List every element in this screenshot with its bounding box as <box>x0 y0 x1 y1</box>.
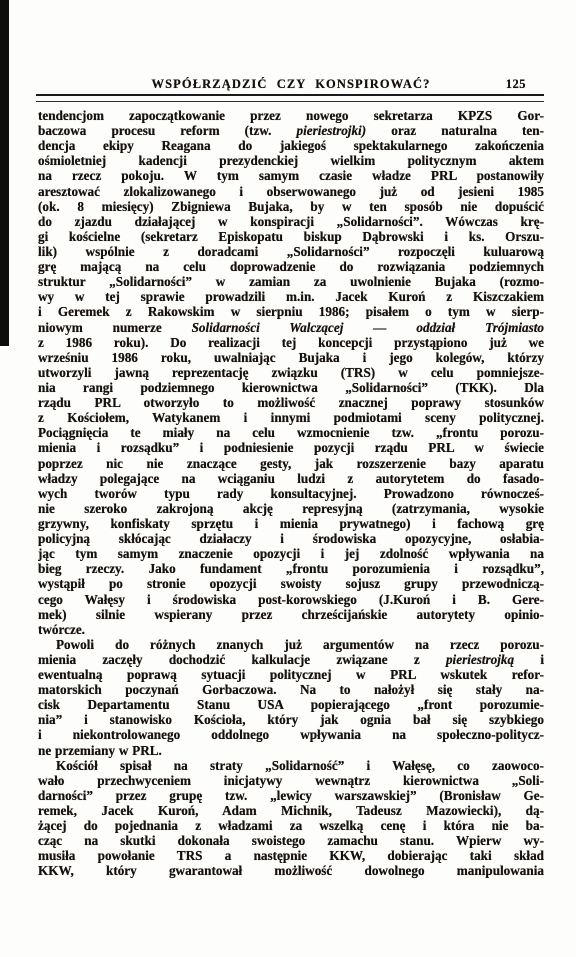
text-segment: mek) silnie wspierany przez chrześcijańs… <box>38 607 544 622</box>
text-line: darności” przez grupę tzw. „lewicy warsz… <box>38 788 544 803</box>
text-segment: baczowa procesu reform (tzw. <box>38 123 297 138</box>
text-line: cisk Departamentu Stanu USA popierająceg… <box>38 697 544 712</box>
text-line: ne przemiany w PRL. <box>38 743 544 758</box>
text-line: musiła powołanie TRS a następnie KKW, do… <box>38 848 544 863</box>
text-segment: nia” i stanowisko Kościoła, który jak og… <box>38 712 544 727</box>
text-line: wy w tej sprawie prowadzili m.in. Jacek … <box>38 289 544 304</box>
text-segment: utworzyli jawną reprezentację związku (T… <box>38 365 544 380</box>
text-line: tendencjom zapoczątkowanie przez nowego … <box>38 108 544 123</box>
text-segment: cisk Departamentu Stanu USA popierająceg… <box>38 697 544 712</box>
text-segment: Pociągnięcia te miały na celu wzmocnieni… <box>38 425 544 440</box>
text-segment: tendencjom zapoczątkowanie przez nowego … <box>38 108 544 123</box>
text-line: wystąpił po stronie opozycji swoisty soj… <box>38 576 544 591</box>
text-segment: ne przemiany w PRL. <box>38 743 162 758</box>
text-line: bieg rzeczy. Jako fundament „frontu poro… <box>38 561 544 576</box>
text-line: z Kościołem, Watykanem i innymi podmiota… <box>38 410 544 425</box>
text-segment: jąc tym samym znaczenie opozycji i jej z… <box>38 546 544 561</box>
text-line: mek) silnie wspierany przez chrześcijańs… <box>38 607 544 622</box>
text-line: (ok. 8 miesięcy) Zbigniewa Bujaka, by w … <box>38 199 544 214</box>
running-header: WSPÓŁRZĄDZIĆ CZY KONSPIROWAĆ? 125 <box>38 76 544 92</box>
text-line: cego Wałęsy i środowiska post-korowskieg… <box>38 592 544 607</box>
text-segment: Kościół spisał na straty „Solidarność” i… <box>56 758 544 773</box>
text-line: policyjną skłócając działaczy i środowis… <box>38 531 544 546</box>
text-segment: twórcze. <box>38 622 85 637</box>
text-line: jąc tym samym znaczenie opozycji i jej z… <box>38 546 544 561</box>
chapter-title: WSPÓŁRZĄDZIĆ CZY KONSPIROWAĆ? <box>38 76 544 92</box>
text-line: aresztować zlokalizowanego i obserwowane… <box>38 184 544 199</box>
text-line: Powoli do różnych znanych już argumentów… <box>38 637 544 652</box>
text-segment: i niekontrolowanego oddolnego wpływania … <box>38 727 544 742</box>
header-double-rule <box>36 94 544 102</box>
text-line: rządu PRL otworzyło to możliwość znaczne… <box>38 395 544 410</box>
text-line: nie szeroko zakrojoną akcję represyjną (… <box>38 501 544 516</box>
text-segment: grę mającą na celu doprowadzenie do rozw… <box>38 259 544 274</box>
text-segment: żącej do pojednania z władzami za wszelk… <box>38 818 544 833</box>
text-segment: władzy polegające na wciąganiu ludzi z a… <box>38 471 544 486</box>
text-line: wrześniu 1986 roku, uwalniając Bujaka i … <box>38 350 544 365</box>
text-segment: rządu PRL otworzyło to możliwość znaczne… <box>38 395 544 410</box>
text-line: z 1986 roku). Do realizacji tej koncepcj… <box>38 335 544 350</box>
text-segment: KKW, który gwarantował możliwość dowolne… <box>38 863 544 878</box>
text-segment: z Kościołem, Watykanem i innymi podmiota… <box>38 410 544 425</box>
text-segment: remek, Jacek Kuroń, Adam Michnik, Tadeus… <box>38 803 544 818</box>
text-segment: (ok. 8 miesięcy) Zbigniewa Bujaka, by w … <box>38 199 544 214</box>
text-line: utworzyli jawną reprezentację związku (T… <box>38 365 544 380</box>
text-segment: matorskich poczynań Gorbaczowa. Na to na… <box>38 682 544 697</box>
text-segment: darności” przez grupę tzw. „lewicy warsz… <box>38 788 544 803</box>
text-segment: wych tworów typu rady konsultacyjnej. Pr… <box>38 486 544 501</box>
text-line: mienia i rozsądku” i podniesienie pozycj… <box>38 440 544 455</box>
text-line: mienia zaczęły dochodzić kalkulacje zwią… <box>38 652 544 667</box>
text-line: gi kościelne (sekretarz Episkopatu bisku… <box>38 229 544 244</box>
text-segment: gi kościelne (sekretarz Episkopatu bisku… <box>38 229 544 244</box>
text-segment: bieg rzeczy. Jako fundament „frontu poro… <box>38 561 544 576</box>
text-line: lik) wspólnie z doradcami „Solidarności”… <box>38 244 544 259</box>
text-line: ewentualną poprawą sytuacji politycznej … <box>38 667 544 682</box>
text-line: Kościół spisał na straty „Solidarność” i… <box>38 758 544 773</box>
text-segment: wało przechwyceniem inicjatywy wewnątrz … <box>38 773 544 788</box>
text-segment: i <box>514 652 544 667</box>
text-line: Pociągnięcia te miały na celu wzmocnieni… <box>38 425 544 440</box>
page-number: 125 <box>506 76 526 92</box>
text-line: KKW, który gwarantował możliwość dowolne… <box>38 863 544 878</box>
text-line: na rzecz pokoju. W tym samym czasie wład… <box>38 168 544 183</box>
text-segment: oraz naturalna ten- <box>366 123 544 138</box>
text-segment: struktur „Solidarności” w zamian za uwol… <box>38 274 544 289</box>
text-segment: musiła powołanie TRS a następnie KKW, do… <box>38 848 544 863</box>
italic-text-segment: Solidarności Walczącej — oddział Trójmia… <box>192 320 544 335</box>
text-segment: na rzecz pokoju. W tym samym czasie wład… <box>38 168 544 183</box>
text-line: poprzez nic nie znaczące gesty, jak rozs… <box>38 456 544 471</box>
text-segment: aresztować zlokalizowanego i obserwowane… <box>38 184 544 199</box>
text-line: grę mającą na celu doprowadzenie do rozw… <box>38 259 544 274</box>
text-segment: z 1986 roku). Do realizacji tej koncepcj… <box>38 335 544 350</box>
text-line: twórcze. <box>38 622 544 637</box>
text-line: wych tworów typu rady konsultacyjnej. Pr… <box>38 486 544 501</box>
text-segment: i Geremek z Rakowskim w sierpniu 1986; p… <box>38 304 544 319</box>
text-line: wało przechwyceniem inicjatywy wewnątrz … <box>38 773 544 788</box>
italic-text-segment: pieriestrojki) <box>297 123 367 138</box>
text-segment: mienia zaczęły dochodzić kalkulacje zwią… <box>38 652 446 667</box>
text-segment: ewentualną poprawą sytuacji politycznej … <box>38 667 544 682</box>
text-segment: wystąpił po stronie opozycji swoisty soj… <box>38 576 544 591</box>
text-line: nia rangi podziemnego kierownictwa „Soli… <box>38 380 544 395</box>
text-segment: grzywny, konfiskaty sprzętu i mienia pry… <box>38 516 544 531</box>
text-line: nia” i stanowisko Kościoła, który jak og… <box>38 712 544 727</box>
scanned-book-page: WSPÓŁRZĄDZIĆ CZY KONSPIROWAĆ? 125 tenden… <box>0 0 576 957</box>
text-line: remek, Jacek Kuroń, Adam Michnik, Tadeus… <box>38 803 544 818</box>
text-segment: lik) wspólnie z doradcami „Solidarności”… <box>38 244 544 259</box>
text-line: matorskich poczynań Gorbaczowa. Na to na… <box>38 682 544 697</box>
text-segment: wrześniu 1986 roku, uwalniając Bujaka i … <box>38 350 544 365</box>
text-line: grzywny, konfiskaty sprzętu i mienia pry… <box>38 516 544 531</box>
text-segment: ośmioletniej kadencji prezydenckiej wiel… <box>38 153 544 168</box>
italic-text-segment: pieriestrojką <box>446 652 514 667</box>
text-line: władzy polegające na wciąganiu ludzi z a… <box>38 471 544 486</box>
text-segment: nia rangi podziemnego kierownictwa „Soli… <box>38 380 544 395</box>
text-line: ośmioletniej kadencji prezydenckiej wiel… <box>38 153 544 168</box>
text-segment: dencja ekipy Reagana do jakiegoś spektak… <box>38 138 544 153</box>
text-line: dencja ekipy Reagana do jakiegoś spektak… <box>38 138 544 153</box>
text-segment: cego Wałęsy i środowiska post-korowskieg… <box>38 592 544 607</box>
text-segment: poprzez nic nie znaczące gesty, jak rozs… <box>38 456 544 471</box>
text-line: cząc na skutki dokonała swoistego zamach… <box>38 833 544 848</box>
text-segment: Powoli do różnych znanych już argumentów… <box>56 637 544 652</box>
text-line: i Geremek z Rakowskim w sierpniu 1986; p… <box>38 304 544 319</box>
text-line: do zjazdu działającej w konspiracji „Sol… <box>38 214 544 229</box>
scan-artifact-bar <box>0 0 9 346</box>
text-segment: policyjną skłócając działaczy i środowis… <box>38 531 544 546</box>
page-body: tendencjom zapoczątkowanie przez nowego … <box>38 108 544 879</box>
text-line: żącej do pojednania z władzami za wszelk… <box>38 818 544 833</box>
text-segment: mienia i rozsądku” i podniesienie pozycj… <box>38 440 544 455</box>
text-segment: wy w tej sprawie prowadzili m.in. Jacek … <box>38 289 544 304</box>
text-line: i niekontrolowanego oddolnego wpływania … <box>38 727 544 742</box>
text-segment: niowym numerze <box>38 320 192 335</box>
text-segment: nie szeroko zakrojoną akcję represyjną (… <box>38 501 544 516</box>
text-line: struktur „Solidarności” w zamian za uwol… <box>38 274 544 289</box>
text-line: niowym numerze Solidarności Walczącej — … <box>38 320 544 335</box>
text-segment: cząc na skutki dokonała swoistego zamach… <box>38 833 544 848</box>
text-segment: do zjazdu działającej w konspiracji „Sol… <box>38 214 544 229</box>
text-line: baczowa procesu reform (tzw. pieriestroj… <box>38 123 544 138</box>
